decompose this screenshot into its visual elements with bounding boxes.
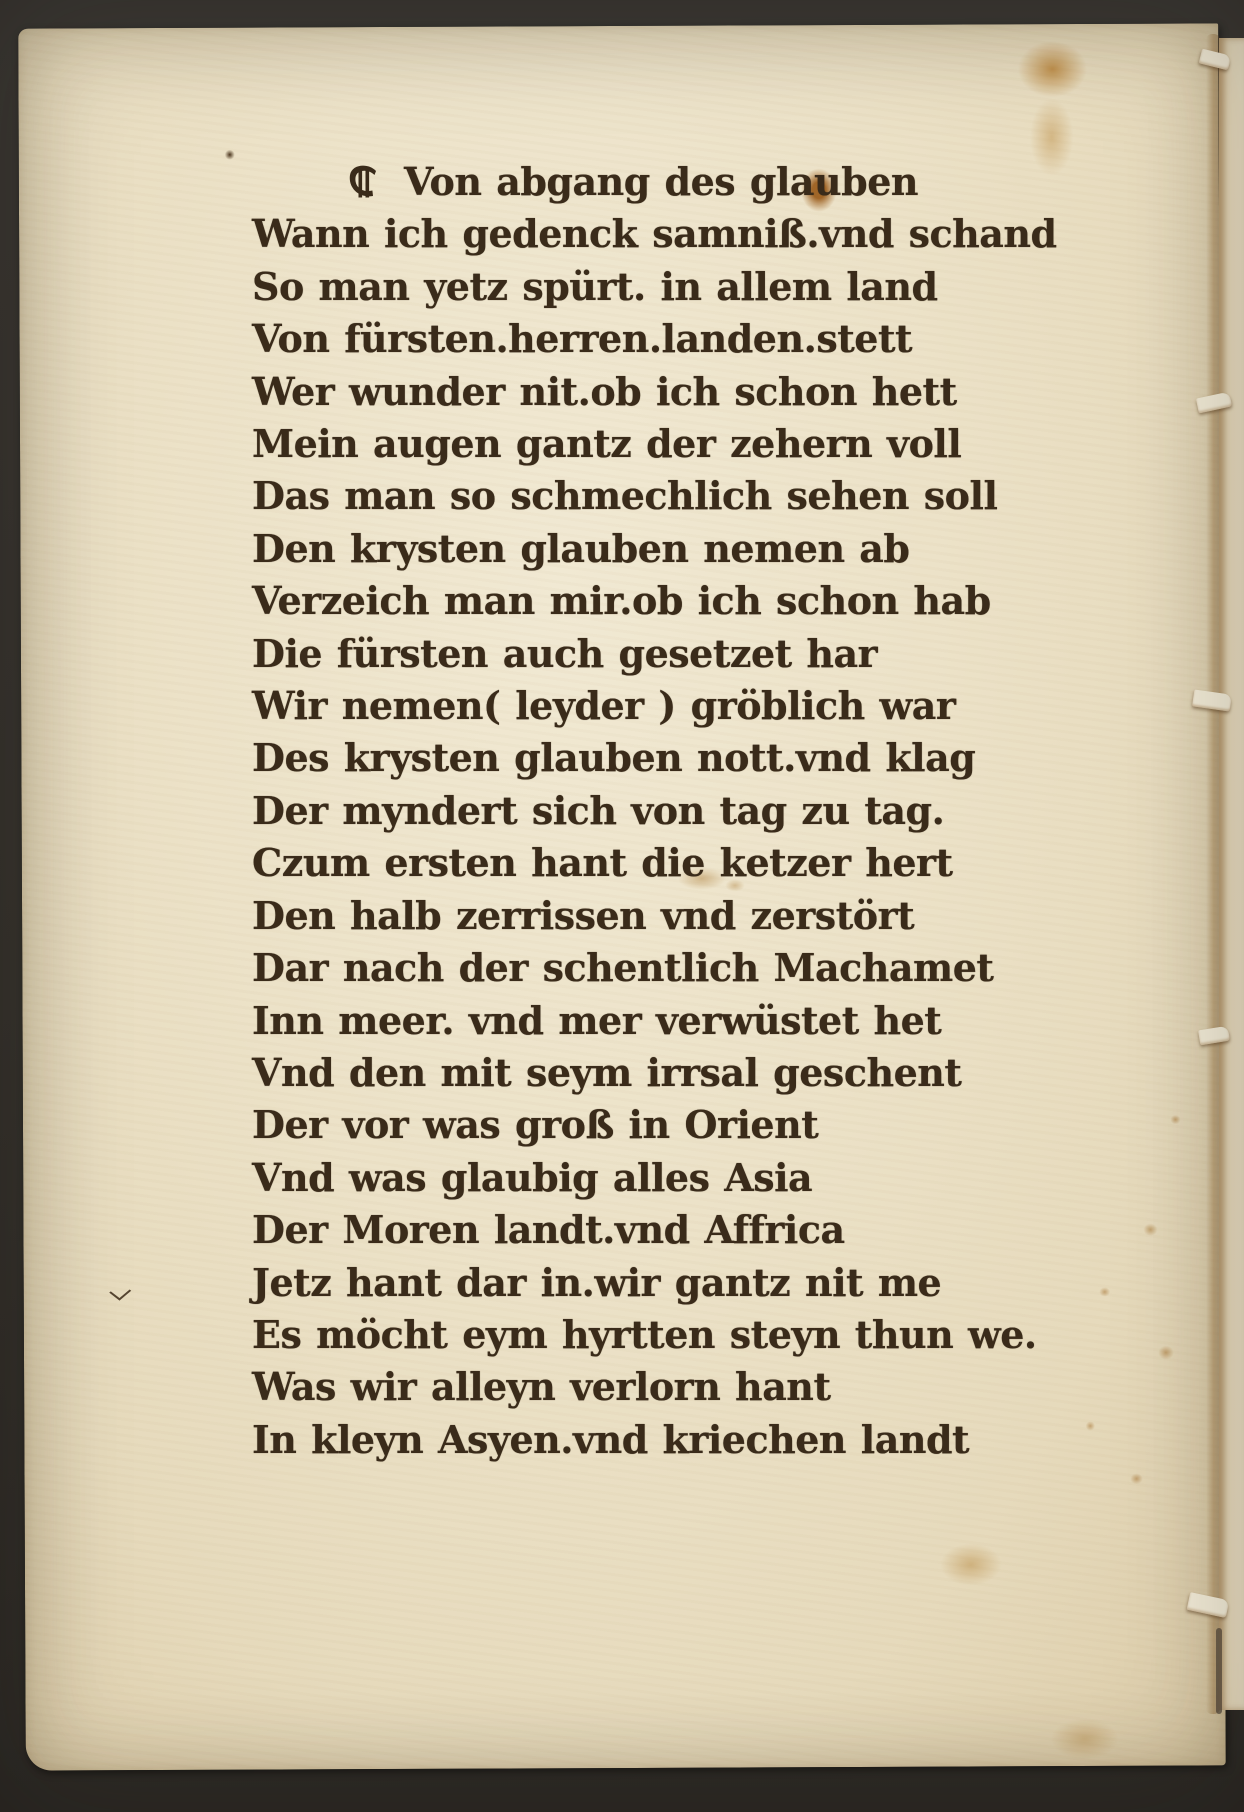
fox-spot xyxy=(1084,1420,1096,1432)
poem-line: Was wir alleyn verlorn hant xyxy=(252,1361,1032,1413)
poem-line: Czum ersten hant die ketzer hert xyxy=(252,837,1032,889)
poem-line: Der vor was groß in Orient xyxy=(252,1099,1032,1151)
poem-line: Des krysten glauben nott.vnd klag xyxy=(252,732,1032,784)
poem-line: Dar nach der schentlich Machamet xyxy=(252,942,1032,994)
poem-line: Den krysten glauben nemen ab xyxy=(252,523,1032,575)
poem-line: Vnd was glaubig alles Asia xyxy=(252,1152,1032,1204)
poem-line: So man yetz spürt. in allem land xyxy=(252,261,1032,313)
poem-line: Den halb zerrissen vnd zerstört xyxy=(252,890,1032,942)
stain xyxy=(930,1536,1012,1592)
poem-line: Vnd den mit seym irrsal geschent xyxy=(252,1047,1032,1099)
poem-line: Mein augen gantz der zehern voll xyxy=(252,418,1032,470)
poem-line: In kleyn Asyen.vnd kriechen landt xyxy=(252,1414,1032,1466)
poem-line: Von fürsten.herren.landen.stett xyxy=(252,313,1032,365)
poem-line: Die fürsten auch gesetzet har xyxy=(252,628,1032,680)
poem-line: Es möcht eym hyrtten steyn thun we. xyxy=(252,1309,1032,1361)
stain xyxy=(225,150,235,160)
page-gap xyxy=(1216,1628,1222,1714)
photo-backdrop: Von abgang des glauben Wann ich gedenck … xyxy=(0,0,1244,1812)
poem-line: Der Moren landt.vnd Affrica xyxy=(252,1204,1032,1256)
poem-line: Wer wunder nit.ob ich schon hett xyxy=(252,366,1032,418)
fox-spot xyxy=(1156,1344,1176,1362)
poem-line: Wann ich gedenck samniß.vnd schand xyxy=(252,208,1032,260)
poem: Von abgang des glauben Wann ich gedenck … xyxy=(252,156,1032,1466)
fox-spot xyxy=(1129,1472,1145,1486)
poem-line: Der myndert sich von tag zu tag. xyxy=(252,785,1032,837)
capitulum-paragraph-mark-icon xyxy=(348,165,378,199)
fox-spot xyxy=(1141,1222,1159,1238)
fox-spot xyxy=(1169,1114,1182,1126)
poem-line: Jetz hant dar in.wir gantz nit me xyxy=(252,1257,1032,1309)
poem-title: Von abgang des glauben xyxy=(404,156,918,208)
fox-spot xyxy=(1098,1286,1112,1298)
poem-line: Das man so schmechlich sehen soll xyxy=(252,470,1032,522)
stain xyxy=(1004,30,1100,108)
page-edge-strip xyxy=(1219,38,1244,1710)
poem-line: Inn meer. vnd mer verwüstet het xyxy=(252,995,1032,1047)
page-crease xyxy=(1206,34,1220,1714)
poem-text: Wann ich gedenck samniß.vnd schandSo man… xyxy=(252,208,1032,1466)
poem-line: Wir nemen( leyder ) gröblich war xyxy=(252,680,1032,732)
poem-line: Verzeich man mir.ob ich schon hab xyxy=(252,575,1032,627)
poem-title-row: Von abgang des glauben xyxy=(252,156,1032,208)
stain xyxy=(1040,1712,1130,1766)
margin-ink-mark xyxy=(109,1283,131,1301)
